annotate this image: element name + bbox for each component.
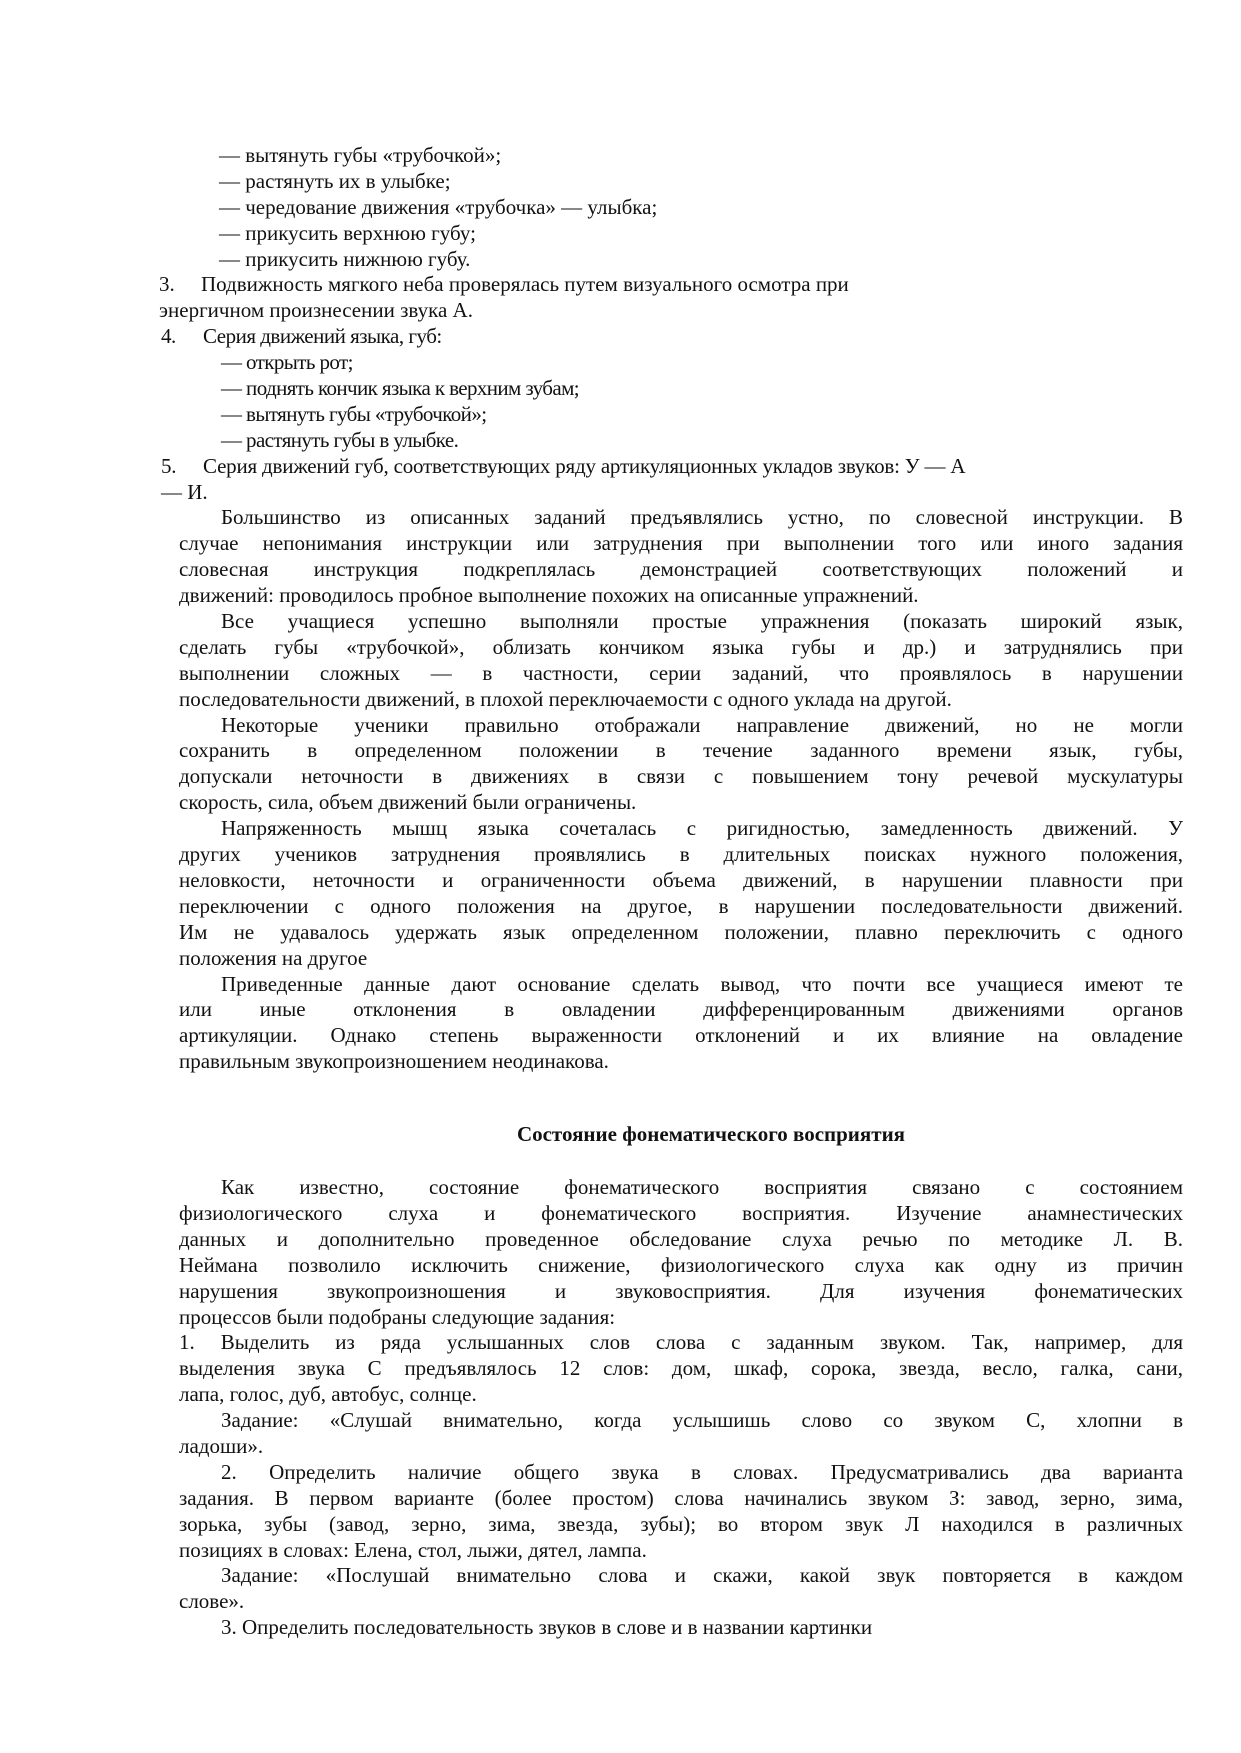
item-continuation: — И. [161, 480, 1183, 506]
paragraph-line: Неймана позволило исключить снижение, фи… [179, 1253, 1183, 1279]
item-number: 5. [161, 454, 203, 480]
item-number: 3. [159, 272, 201, 298]
list-item: — чередование движения «трубочка» — улыб… [179, 195, 1183, 221]
paragraph-line: допускали неточности в движениях в связи… [179, 764, 1183, 790]
task-1-instruction: Задание: «Слушай внимательно, когда услы… [179, 1408, 1183, 1460]
paragraph-line: лапа, голос, дуб, автобус, солнце. [179, 1382, 1183, 1408]
task-2-instruction: Задание: «Послушай внимательно слова и с… [179, 1563, 1183, 1615]
paragraph-line: или иные отклонения в овладении дифферен… [179, 997, 1183, 1023]
lip-exercise-list: — вытянуть губы «трубочкой»; — растянуть… [179, 143, 1183, 272]
paragraph-line: слове». [179, 1589, 1183, 1615]
paragraph-line: Как известно, состояние фонематического … [179, 1175, 1183, 1201]
list-item: — открыть рот; [179, 350, 1183, 376]
paragraph-line: положения на другое [179, 946, 1183, 972]
paragraph-line: словесная инструкция подкреплялась демон… [179, 557, 1183, 583]
paragraph-line: Большинство из описанных заданий предъяв… [179, 505, 1183, 531]
list-item: — вытянуть губы «трубочкой»; [179, 143, 1183, 169]
list-item: — вытянуть губы «трубочкой»; [179, 402, 1183, 428]
list-item: — растянуть их в улыбке; [179, 169, 1183, 195]
paragraph-line: выполнении сложных — в частности, серии … [179, 661, 1183, 687]
item-continuation: энергичном произнесении звука А. [159, 298, 1183, 324]
numbered-item-4: 4.Серия движений языка, губ: — открыть р… [179, 324, 1183, 453]
item-text: Серия движений языка, губ: [203, 324, 442, 348]
paragraph-conclusion: Приведенные данные дают основание сделат… [179, 972, 1183, 1076]
item-number: 4. [161, 324, 203, 350]
paragraph-line: Приведенные данные дают основание сделат… [179, 972, 1183, 998]
paragraph-line: задания. В первом варианте (более просто… [179, 1486, 1183, 1512]
list-item: — поднять кончик языка к верхним зубам; [179, 376, 1183, 402]
paragraph-line: скорость, сила, объем движений были огра… [179, 790, 1183, 816]
paragraph-line: артикуляции. Однако степень выраженности… [179, 1023, 1183, 1049]
paragraph-line: других учеников затруднения проявлялись … [179, 842, 1183, 868]
paragraph-line: Все учащиеся успешно выполняли простые у… [179, 609, 1183, 635]
paragraph-line: Напряженность мышц языка сочеталась с ри… [179, 816, 1183, 842]
paragraph-instructions: Большинство из описанных заданий предъяв… [179, 505, 1183, 609]
paragraph-line: позициях в словах: Елена, стол, лыжи, дя… [179, 1538, 1183, 1564]
paragraph-line: 3. Определить последовательность звуков … [179, 1615, 1183, 1641]
paragraph-line: переключении с одного положения на друго… [179, 894, 1183, 920]
paragraph-line: Задание: «Послушай внимательно слова и с… [179, 1563, 1183, 1589]
paragraph-line: физиологического слуха и фонематического… [179, 1201, 1183, 1227]
paragraph-direction: Некоторые ученики правильно отображали н… [179, 713, 1183, 817]
paragraph-line: зорька, зубы (завод, зерно, зима, звезда… [179, 1512, 1183, 1538]
numbered-item-line: 5.Серия движений губ, соответствующих ря… [161, 454, 1183, 480]
paragraph-line: процессов были подобраны следующие задан… [179, 1305, 1183, 1331]
section-heading: Состояние фонематического восприятия [179, 1119, 1183, 1149]
paragraph-line: сделать губы «трубочкой», облизать кончи… [179, 635, 1183, 661]
numbered-item-line: 4.Серия движений языка, губ: [161, 324, 1183, 350]
task-2: 2. Определить наличие общего звука в сло… [179, 1460, 1183, 1564]
task-3: 3. Определить последовательность звуков … [179, 1615, 1183, 1641]
list-item: — прикусить верхнюю губу; [179, 221, 1183, 247]
paragraph-line: Некоторые ученики правильно отображали н… [179, 713, 1183, 739]
task-1: 1. Выделить из ряда услышанных слов слов… [179, 1330, 1183, 1408]
paragraph-line: движений: проводилось пробное выполнение… [179, 583, 1183, 609]
paragraph-line: данных и дополнительно проведенное обсле… [179, 1227, 1183, 1253]
paragraph-line: нарушения звукопроизношения и звуковоспр… [179, 1279, 1183, 1305]
paragraph-line: выделения звука С предъявлялось 12 слов:… [179, 1356, 1183, 1382]
item-text: Подвижность мягкого неба проверялась пут… [201, 272, 849, 296]
document-page: — вытянуть губы «трубочкой»; — растянуть… [179, 143, 1183, 1641]
numbered-item-line: 3.Подвижность мягкого неба проверялась п… [159, 272, 1183, 298]
numbered-item-5: 5.Серия движений губ, соответствующих ря… [179, 454, 1183, 506]
paragraph-tension: Напряженность мышц языка сочеталась с ри… [179, 816, 1183, 971]
paragraph-line: последовательности движений, в плохой пе… [179, 687, 1183, 713]
item-text: Серия движений губ, соответствующих ряду… [203, 454, 965, 478]
paragraph-line: 1. Выделить из ряда услышанных слов слов… [179, 1330, 1183, 1356]
paragraph-line: 2. Определить наличие общего звука в сло… [179, 1460, 1183, 1486]
paragraph-line: правильным звукопроизношением неодинаков… [179, 1049, 1183, 1075]
list-item: — прикусить нижнюю губу. [179, 247, 1183, 273]
paragraph-line: случае непонимания инструкции или затруд… [179, 531, 1183, 557]
paragraph-line: неловкости, неточности и ограниченности … [179, 868, 1183, 894]
paragraph-line: Задание: «Слушай внимательно, когда услы… [179, 1408, 1183, 1434]
list-item: — растянуть губы в улыбке. [179, 428, 1183, 454]
paragraph-simple-exercises: Все учащиеся успешно выполняли простые у… [179, 609, 1183, 713]
numbered-item-3: 3.Подвижность мягкого неба проверялась п… [179, 272, 1183, 324]
paragraph-line: сохранить в определенном положении в теч… [179, 738, 1183, 764]
paragraph-phonematic-intro: Как известно, состояние фонематического … [179, 1175, 1183, 1330]
paragraph-line: ладоши». [179, 1434, 1183, 1460]
paragraph-line: Им не удавалось удержать язык определенн… [179, 920, 1183, 946]
